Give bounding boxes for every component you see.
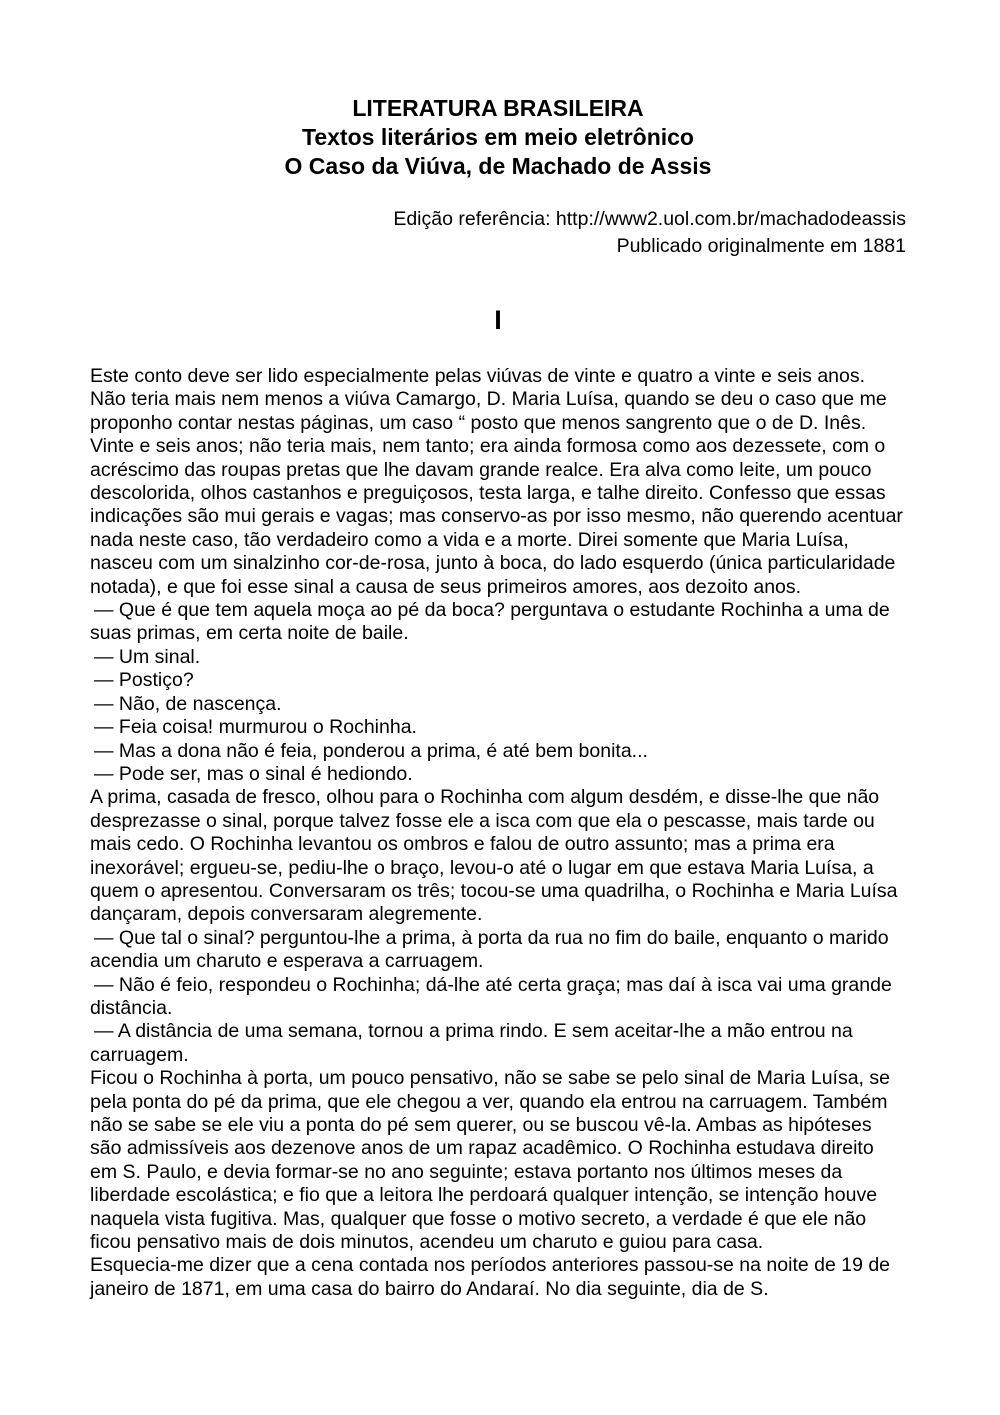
- reference-edition-line: Edição referência: http://www2.uol.com.b…: [90, 206, 906, 233]
- dialogue-line: — Mas a dona não é feia, ponderou a prim…: [90, 740, 906, 763]
- dialogue-line: — A distância de uma semana, tornou a pr…: [90, 1020, 906, 1067]
- dialogue-line: — Não, de nascença.: [90, 693, 906, 716]
- header-work-title: O Caso da Viúva, de Machado de Assis: [90, 152, 906, 181]
- dialogue-line: — Feia coisa! murmurou o Rochinha.: [90, 716, 906, 739]
- paragraph-intro: Este conto deve ser lido especialmente p…: [90, 365, 906, 599]
- header-series-subtitle: Textos literários em meio eletrônico: [90, 123, 906, 152]
- chapter-heading: I: [90, 304, 906, 337]
- paragraph-closing: Esquecia-me dizer que a cena contada nos…: [90, 1254, 906, 1301]
- document-page: LITERATURA BRASILEIRA Textos literários …: [0, 0, 1000, 1415]
- reference-published-line: Publicado originalmente em 1881: [90, 233, 906, 260]
- reference-block: Edição referência: http://www2.uol.com.b…: [90, 206, 906, 260]
- dialogue-line: — Postiço?: [90, 669, 906, 692]
- dialogue-line: — Pode ser, mas o sinal é hediondo.: [90, 763, 906, 786]
- paragraph-narrative: A prima, casada de fresco, olhou para o …: [90, 786, 906, 926]
- dialogue-line: — Não é feio, respondeu o Rochinha; dá-l…: [90, 974, 906, 1021]
- paragraph-narrative: Ficou o Rochinha à porta, um pouco pensa…: [90, 1067, 906, 1254]
- document-header: LITERATURA BRASILEIRA Textos literários …: [90, 94, 906, 181]
- header-collection-title: LITERATURA BRASILEIRA: [90, 94, 906, 123]
- dialogue-line: — Um sinal.: [90, 646, 906, 669]
- story-text: Este conto deve ser lido especialmente p…: [90, 365, 906, 1301]
- dialogue-line: — Que tal o sinal? perguntou-lhe a prima…: [90, 927, 906, 974]
- dialogue-line: — Que é que tem aquela moça ao pé da boc…: [90, 599, 906, 646]
